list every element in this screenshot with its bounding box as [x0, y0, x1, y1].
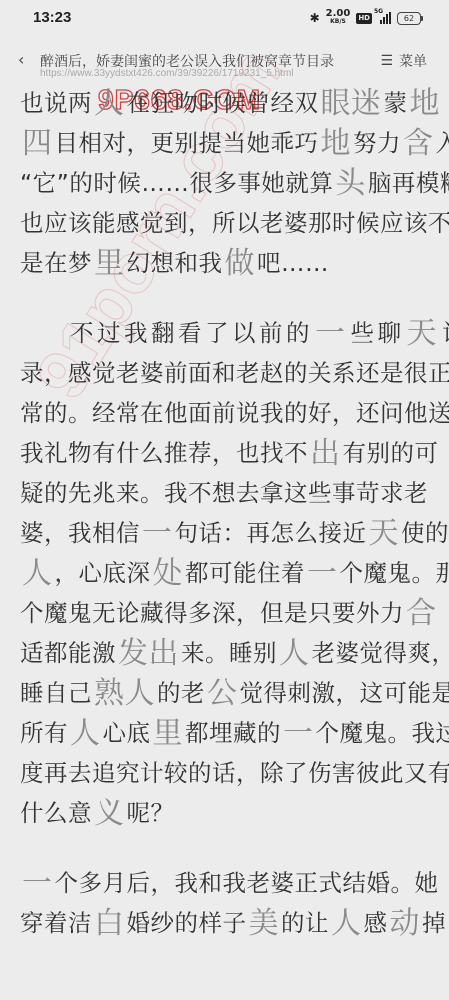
text-segment: ，心底深: [55, 559, 151, 587]
text-line: 所有人心底里都埋藏的一个魔鬼。我过: [20, 713, 432, 753]
text-line: 睡自己熟人的老公觉得刺激，这可能是: [20, 673, 432, 713]
signal-icon: 5G: [378, 12, 391, 24]
substituted-glyph: 里: [94, 244, 125, 284]
substituted-glyph: 里: [153, 714, 184, 754]
substituted-glyph: 人: [70, 714, 101, 754]
text-line: 度再去追究计较的话，除了伤害彼此又有: [20, 753, 432, 793]
chapter-content: 也说两人在狂吻时候曾经双眼迷蒙地四目相对，更别提当她乖巧地努力含入“它”的时候……: [20, 83, 432, 943]
text-segment: 的老: [157, 679, 205, 707]
text-segment: 我礼物有什么推荐，也找不: [20, 439, 308, 467]
menu-icon: ☰: [380, 53, 393, 69]
text-segment: 度再去追究计较的话，除了伤害彼此又有: [20, 759, 449, 787]
text-segment: 来。睡别: [181, 639, 277, 667]
text-segment: 疑的先兆来。我不想去拿这些事苛求老: [20, 479, 428, 507]
network-speed-value: 2.00: [326, 10, 351, 18]
text-line: 我礼物有什么推荐，也找不出有别的可: [20, 433, 432, 473]
text-segment: 也应该能感觉到，所以老婆那时候应该不: [20, 209, 449, 237]
reader-header: ‹ 醉酒后，娇妻闺蜜的老公误入我们被窝章节目录 https://www.33yy…: [0, 46, 449, 82]
page-url: https://www.33yydstxt426.com/39/39226/17…: [40, 68, 294, 79]
text-segment: 是在梦: [20, 249, 92, 277]
text-segment: 脑再模糊: [368, 169, 449, 197]
substituted-glyph: 处: [153, 554, 184, 594]
text-line: 也应该能感觉到，所以老婆那时候应该不: [20, 203, 432, 243]
text-line: 婆，我相信一句话：再怎么接近天使的: [20, 513, 432, 553]
back-icon[interactable]: ‹: [18, 50, 24, 69]
substituted-glyph: 动: [390, 904, 421, 944]
text-segment: 呢？: [127, 799, 175, 827]
substituted-glyph: 义: [94, 794, 125, 834]
substituted-glyph: 白: [94, 904, 125, 944]
text-segment: 个魔鬼。我过: [316, 719, 449, 747]
text-segment: 适都能激: [20, 639, 116, 667]
text-segment: “它”的时候……很多事她就算: [20, 169, 333, 197]
text-line: 也说两人在狂吻时候曾经双眼迷蒙地: [20, 83, 432, 123]
substituted-glyph: 一: [22, 864, 53, 904]
substituted-glyph: 天: [407, 314, 441, 354]
text-segment: 蒙: [384, 89, 408, 117]
substituted-glyph: 出: [310, 434, 341, 474]
paragraph-gap: [20, 833, 432, 863]
text-segment: 都可能住着: [185, 559, 305, 587]
substituted-glyph: 公: [207, 674, 238, 714]
substituted-glyph: 做: [225, 244, 256, 284]
text-segment: 个魔鬼。那: [340, 559, 449, 587]
text-segment: 掉: [422, 909, 446, 937]
substituted-glyph: 人: [331, 904, 362, 944]
text-line: 一个多月后，我和我老婆正式结婚。她: [20, 863, 432, 903]
text-line: 录，感觉老婆前面和老赵的关系还是很正: [20, 353, 432, 393]
substituted-glyph: 一: [283, 714, 314, 754]
text-segment: 使的: [401, 519, 449, 547]
network-speed: 2.00 KB/S: [326, 10, 351, 26]
text-segment: 常的。经常在他面前说我的好，还问他送: [20, 399, 449, 427]
menu-label: 菜单: [399, 51, 427, 71]
substituted-glyph: 眼迷: [321, 84, 382, 124]
text-segment: 记: [442, 319, 449, 347]
network-type: 5G: [374, 8, 383, 15]
text-segment: 个多月后，我和我老婆正式结婚。她: [55, 869, 439, 897]
text-segment: 目相对，更别提当她乖巧: [55, 129, 319, 157]
network-speed-unit: KB/S: [330, 18, 346, 26]
substituted-glyph: 地: [321, 124, 352, 164]
text-segment: 什么意: [20, 799, 92, 827]
text-line: 四目相对，更别提当她乖巧地努力含入: [20, 123, 432, 163]
text-segment: 努力: [353, 129, 401, 157]
text-segment: 感: [364, 909, 388, 937]
text-line: 疑的先兆来。我不想去拿这些事苛求老: [20, 473, 432, 513]
text-line: 穿着洁白婚纱的样子美的让人感动掉: [20, 903, 432, 943]
text-segment: 录，感觉老婆前面和老赵的关系还是很正: [20, 359, 449, 387]
substituted-glyph: 熟人: [94, 674, 155, 714]
substituted-glyph: 含: [403, 124, 434, 164]
text-segment: 些聊: [351, 319, 405, 347]
substituted-glyph: 一: [315, 314, 349, 354]
text-segment: 不过我翻看了以前的: [70, 319, 313, 347]
substituted-glyph: 四: [22, 124, 53, 164]
text-segment: 穿着洁: [20, 909, 92, 937]
substituted-glyph: 一: [142, 514, 173, 554]
bluetooth-icon: ✱: [310, 11, 320, 25]
text-segment: 睡自己: [20, 679, 92, 707]
text-segment: 也说两: [20, 89, 92, 117]
text-line: 不过我翻看了以前的一些聊天记: [20, 313, 432, 353]
substituted-glyph: 合: [406, 594, 437, 634]
text-line: “它”的时候……很多事她就算头脑再模糊: [20, 163, 432, 203]
substituted-glyph: 美: [249, 904, 280, 944]
text-segment: 入: [436, 129, 449, 157]
text-segment: 老婆觉得爽，: [312, 639, 449, 667]
text-segment: 幻想和我: [127, 249, 223, 277]
text-segment: 个魔鬼无论藏得多深，但是只要外力: [20, 599, 404, 627]
substituted-glyph: 天: [369, 514, 400, 554]
text-line: 什么意义呢？: [20, 793, 432, 833]
text-line: 个魔鬼无论藏得多深，但是只要外力合: [20, 593, 432, 633]
text-segment: 都埋藏的: [185, 719, 281, 747]
status-time: 13:23: [33, 9, 71, 26]
text-segment: 在狂吻时候曾经双: [127, 89, 319, 117]
text-segment: 婚纱的样子: [127, 909, 247, 937]
status-icons: ✱ 2.00 KB/S HD 5G 62: [310, 10, 421, 26]
battery-icon: 62: [397, 12, 421, 25]
text-line: 适都能激发出来。睡别人老婆觉得爽，: [20, 633, 432, 673]
menu-button[interactable]: ☰ 菜单: [380, 51, 427, 71]
text-segment: 句话：再怎么接近: [175, 519, 367, 547]
substituted-glyph: 人: [22, 554, 53, 594]
text-segment: 觉得刺激，这可能是: [240, 679, 449, 707]
text-segment: 婆，我相信: [20, 519, 140, 547]
status-bar: 13:23 ✱ 2.00 KB/S HD 5G 62: [0, 0, 449, 38]
text-segment: 所有: [20, 719, 68, 747]
text-segment: 有别的可: [343, 439, 439, 467]
substituted-glyph: 头: [335, 164, 366, 204]
substituted-glyph: 地: [410, 84, 441, 124]
text-segment: 吧……: [257, 249, 329, 277]
substituted-glyph: 一: [307, 554, 338, 594]
text-line: 常的。经常在他面前说我的好，还问他送: [20, 393, 432, 433]
substituted-glyph: 发出: [118, 634, 179, 674]
substituted-glyph: 人: [94, 84, 125, 124]
text-segment: 的让: [281, 909, 329, 937]
paragraph-gap: [20, 283, 432, 313]
text-segment: 心底: [103, 719, 151, 747]
text-line: 人，心底深处都可能住着一个魔鬼。那: [20, 553, 432, 593]
text-line: 是在梦里幻想和我做吧……: [20, 243, 432, 283]
substituted-glyph: 人: [279, 634, 310, 674]
hd-icon: HD: [356, 13, 372, 24]
